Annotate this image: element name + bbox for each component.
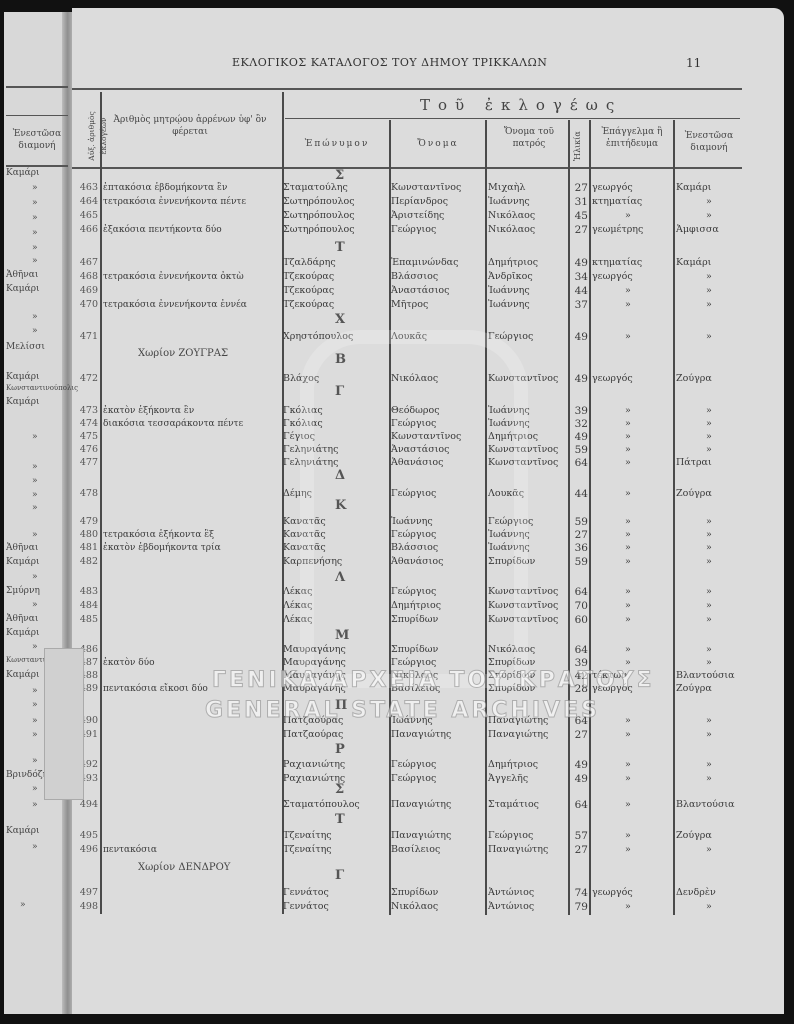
leftpage-entry: » bbox=[32, 842, 38, 852]
leftpage-entry: » bbox=[32, 503, 38, 513]
table-row: 493ΡαχιανιώτηςΓεώργιοςἈγγελῆς49»» bbox=[0, 772, 794, 786]
leftpage-entry: » bbox=[32, 490, 38, 500]
leftpage-entry: Μελίσσι bbox=[6, 342, 45, 352]
leftpage-entry: » bbox=[20, 900, 26, 910]
table-row: 463ἑπτακόσια ἑβδομήκοντα ἓνΣταματούληςΚω… bbox=[0, 181, 794, 195]
leftpage-entry: Σμύρνη bbox=[6, 586, 40, 596]
leftpage-entry: » bbox=[32, 716, 38, 726]
surname-letter-chi: Χ bbox=[335, 312, 345, 327]
table-row: 468τετρακόσια ἐννενήκοντα ὀκτὼΤζεκούραςΒ… bbox=[0, 270, 794, 284]
col-header-age: Ἡλικία bbox=[572, 124, 584, 168]
table-row: 497ΓεννάτοςΣπυρίδωνἈντώνιος74γεωργόςΔενδ… bbox=[0, 886, 794, 900]
leftpage-entry: Καμάρι bbox=[6, 628, 40, 638]
col-header-surname: Ἐπώνυμον bbox=[290, 138, 384, 150]
leftpage-entry: Βρινδόζη bbox=[6, 770, 48, 780]
leftpage-entry: Καμάρι bbox=[6, 826, 40, 836]
table-row: 465ΣωτηρόπουλοςἈριστείδηςΝικόλαος45»» bbox=[0, 209, 794, 223]
leftpage-entry: » bbox=[32, 462, 38, 472]
table-row: 464τετρακόσια ἐννενήκοντα πέντεΣωτηρόπου… bbox=[0, 195, 794, 209]
leftpage-entry: » bbox=[32, 800, 38, 810]
surname-letter-tau-2: Τ bbox=[335, 812, 345, 827]
leftpage-entry: Καμάρι bbox=[6, 284, 40, 294]
col-header-residence: Ἐνεστῶσα διαμονή bbox=[678, 130, 740, 154]
leftpage-entry: Καμάρι bbox=[6, 397, 40, 407]
archive-logo-watermark bbox=[300, 330, 528, 688]
leftpage-entry: Κωνσταντινούπολις bbox=[6, 384, 78, 392]
watermark-greek: ΓΕΝΙΚΑ ΑΡΧΕΙΑ ΤΟΥ ΚΡΑΤΟΥΣ bbox=[212, 668, 655, 693]
leftpage-entry: » bbox=[32, 432, 38, 442]
leftpage-entry: Καμάρι bbox=[6, 557, 40, 567]
col-header-father: Ὄνομα τοῦ πατρός bbox=[494, 126, 564, 150]
leftpage-entry: » bbox=[32, 756, 38, 766]
surname-letter-rho: Ρ bbox=[335, 742, 345, 757]
col-header-serial: Αὐξ. ἀριθμὸς ἐκλογέων bbox=[86, 106, 110, 166]
leftpage-entry: » bbox=[32, 642, 38, 652]
col-header-name: Ὄνομα bbox=[394, 138, 482, 150]
col-header-registry: Ἀριθμὸς μητρῴου ἀρρένων ὑφ' ὃν φέρεται bbox=[110, 114, 270, 138]
paper-strip bbox=[44, 648, 84, 800]
header-top-rule bbox=[72, 88, 742, 90]
leftpage-entry: » bbox=[32, 572, 38, 582]
table-row: 469ΤζεκούραςἈναστάσιοςἸωάννης44»» bbox=[0, 284, 794, 298]
leftpage-entry: » bbox=[32, 700, 38, 710]
table-row: 495ΤζεναίτηςΠαναγιώτηςΓεώργιος57»Ζούγρα bbox=[0, 829, 794, 843]
leftpage-entry: » bbox=[32, 243, 38, 253]
table-row: 467ΤζαλδάρηςἘπαμινώνδαςΔημήτριος49κτηματ… bbox=[0, 256, 794, 270]
leftpage-entry: » bbox=[32, 183, 38, 193]
leftpage-entry: » bbox=[32, 730, 38, 740]
leftpage-entry: » bbox=[32, 784, 38, 794]
village-heading-zougras: Χωρίον ΖΟΥΓΡΑΣ bbox=[138, 348, 228, 359]
leftpage-entry: » bbox=[32, 686, 38, 696]
leftpage-entry: Ἀθῆναι bbox=[6, 614, 38, 624]
table-row: 496πεντακόσιαΤζεναίτηςΒασίλειοςΠαναγιώτη… bbox=[0, 843, 794, 857]
group-rule bbox=[285, 118, 740, 119]
col-header-profession: Ἐπάγγελμα ἢ ἐπιτήδευμα bbox=[596, 126, 668, 150]
leftpage-entry: Καμάρι bbox=[6, 168, 40, 178]
leftpage-entry: Καμάρι bbox=[6, 372, 40, 382]
table-row: 492ΡαχιανιώτηςΓεώργιοςΔημήτριος49»» bbox=[0, 758, 794, 772]
leftpage-entry: » bbox=[32, 326, 38, 336]
surname-letter-tau: Τ bbox=[335, 240, 345, 255]
table-row: 470τετρακόσια ἐννενήκοντα ἐννέαΤζεκούρας… bbox=[0, 298, 794, 312]
leftpage-entry: » bbox=[32, 228, 38, 238]
leftpage-entry: Ἀθῆναι bbox=[6, 543, 38, 553]
leftpage-entry: » bbox=[32, 312, 38, 322]
leftpage-bottom-rule bbox=[6, 165, 68, 167]
table-row: 466ἑξακόσια πεντήκοντα δύοΣωτηρόπουλοςΓε… bbox=[0, 223, 794, 237]
leftpage-entry: » bbox=[32, 198, 38, 208]
table-row: 494ΣταματόπουλοςΠαναγιώτηςΣταμάτιος64»Βλ… bbox=[0, 798, 794, 812]
col-group-header: Τοῦ ἐκλογέως bbox=[420, 96, 622, 114]
leftpage-entry: » bbox=[32, 530, 38, 540]
leftpage-entry: » bbox=[32, 600, 38, 610]
village-heading-dendrou: Χωρίον ΔΕΝΔΡΟΥ bbox=[138, 862, 230, 873]
leftpage-entry: Ἀθῆναι bbox=[6, 270, 38, 280]
leftpage-entry: Καμάρι bbox=[6, 670, 40, 680]
table-row: 491ΠατζαούραςΠαναγιώτηςΠαναγιώτης27»» bbox=[0, 728, 794, 742]
page-number: 11 bbox=[686, 56, 701, 70]
leftpage-entry: » bbox=[32, 256, 38, 266]
surname-letter-gamma-2: Γ bbox=[335, 868, 344, 883]
leftpage-header-rule bbox=[6, 115, 68, 116]
leftpage-top-rule bbox=[6, 86, 68, 88]
leftpage-col-header-residence: Ἐνεστῶσα διαμονή bbox=[6, 128, 68, 152]
page-title: ΕΚΛΟΓΙΚΟΣ ΚΑΤΑΛΟΓΟΣ ΤΟΥ ΔΗΜΟΥ ΤΡΙΚΚΑΛΩΝ bbox=[232, 56, 547, 69]
leftpage-entry: » bbox=[32, 213, 38, 223]
watermark-english: GENERAL STATE ARCHIVES bbox=[205, 698, 600, 723]
table-row: 498ΓεννάτοςΝικόλαοςἈντώνιος79»» bbox=[0, 900, 794, 914]
leftpage-entry: » bbox=[32, 476, 38, 486]
header-bottom-rule bbox=[72, 167, 742, 169]
